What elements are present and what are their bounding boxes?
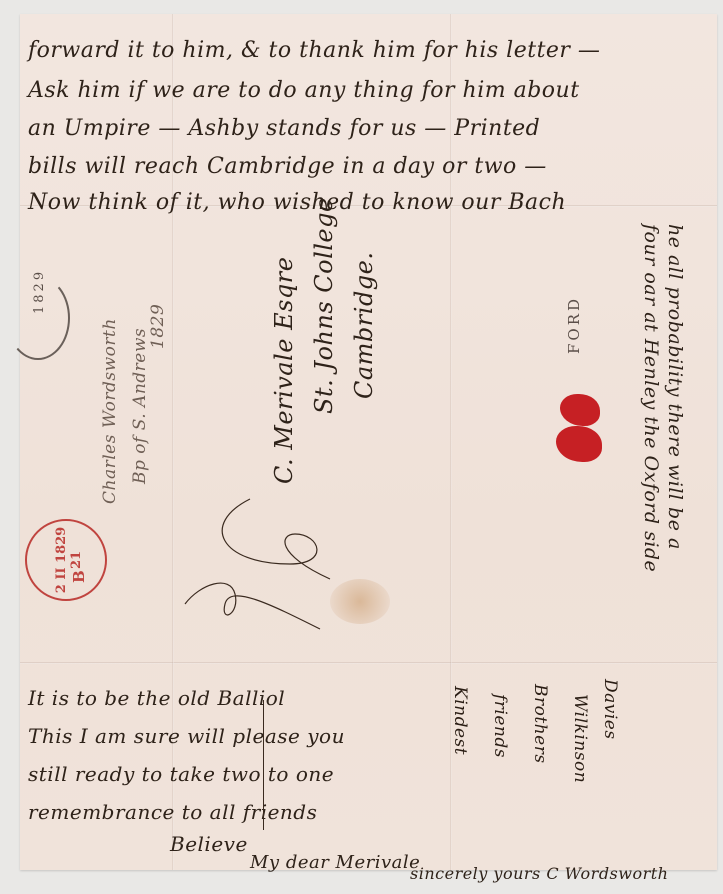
margin-line: four oar at Henley the Oxford side — [640, 224, 662, 572]
text-line: Now think of it, who wished to know our … — [28, 190, 566, 215]
addressee-college: St. Johns College — [310, 197, 338, 414]
closing-salutation: My dear Merivale — [250, 852, 420, 873]
crossed-fragment: Brothers — [530, 684, 550, 764]
fold-crease-lower — [20, 662, 717, 664]
text-line: still ready to take two to one — [28, 762, 334, 786]
postmark-grey-year: 1829 — [32, 269, 47, 314]
text-line: an Umpire — Ashby stands for us — Printe… — [28, 116, 540, 141]
postmark-date: 2 II 1829 21 — [54, 524, 84, 596]
postmark-grey-town: FORD — [565, 296, 583, 354]
crossed-fragment: Davies — [600, 679, 620, 740]
text-line: forward it to him, & to thank him for hi… — [28, 38, 600, 63]
text-line: Ask him if we are to do any thing for hi… — [28, 78, 580, 103]
margin-line: he all probability there will be a — [664, 224, 686, 550]
ruled-line — [263, 700, 264, 830]
flourish-paraph — [180, 494, 340, 634]
text-line: bills will reach Cambridge in a day or t… — [28, 154, 547, 179]
text-line: This I am sure will please you — [28, 724, 345, 748]
foxing-stain — [330, 579, 390, 624]
docket-line: Charles Wordsworth — [100, 318, 120, 504]
crossed-fragment: friends — [490, 694, 510, 758]
crossed-fragment: Wilkinson — [570, 694, 590, 783]
postmark-red-datestamp: B 2 II 1829 21 — [25, 519, 107, 601]
docket-line: Bp of S. Andrews — [130, 328, 150, 484]
text-line: Believe — [170, 832, 248, 856]
text-line: remembrance to all friends — [28, 800, 317, 824]
letter-sheet: forward it to him, & to thank him for hi… — [20, 14, 717, 870]
addressee-name: C. Merivale Esqre — [270, 257, 298, 484]
crossed-fragment: Kindest — [450, 686, 470, 755]
docket-line: 1829 — [148, 304, 168, 349]
signature: sincerely yours C Wordsworth — [410, 864, 668, 883]
text-line: It is to be the old Balliol — [28, 686, 285, 710]
addressee-city: Cambridge. — [350, 252, 378, 400]
